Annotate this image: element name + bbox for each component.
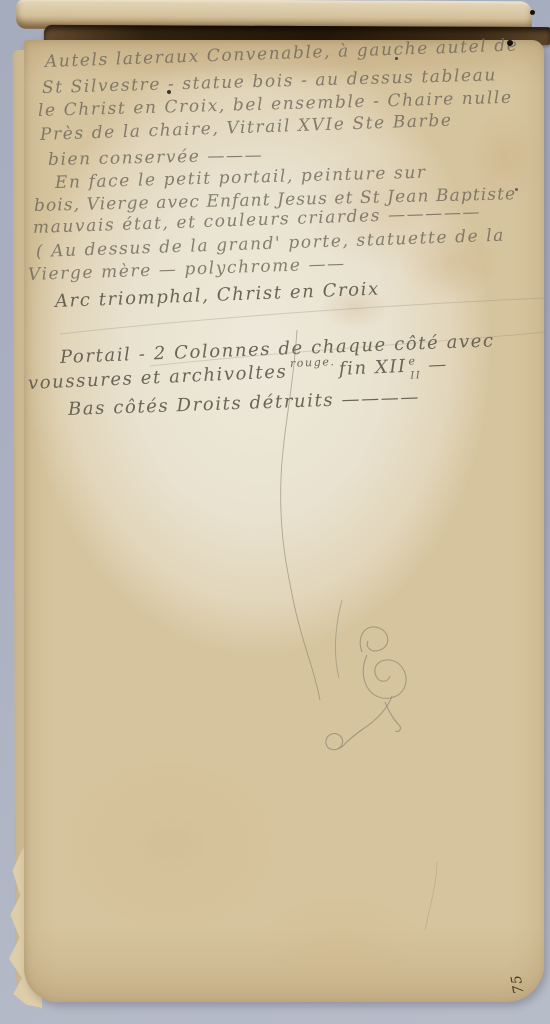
ink-speck bbox=[507, 40, 513, 46]
handwriting-text: fin XII bbox=[338, 356, 407, 380]
handwriting-ditto-mark: II bbox=[410, 370, 422, 381]
handwriting-superscript: e bbox=[408, 354, 417, 367]
handwriting-text: — bbox=[420, 354, 448, 376]
ink-speck bbox=[167, 90, 171, 94]
ink-speck bbox=[395, 57, 398, 60]
handwriting-insertion-above: rouge. bbox=[290, 355, 336, 370]
ink-speck bbox=[515, 188, 518, 191]
folio-number: 75 bbox=[508, 973, 527, 995]
ink-speck bbox=[530, 10, 535, 15]
notebook-scan: Autels lateraux Convenable, à gauche aut… bbox=[0, 0, 550, 1024]
